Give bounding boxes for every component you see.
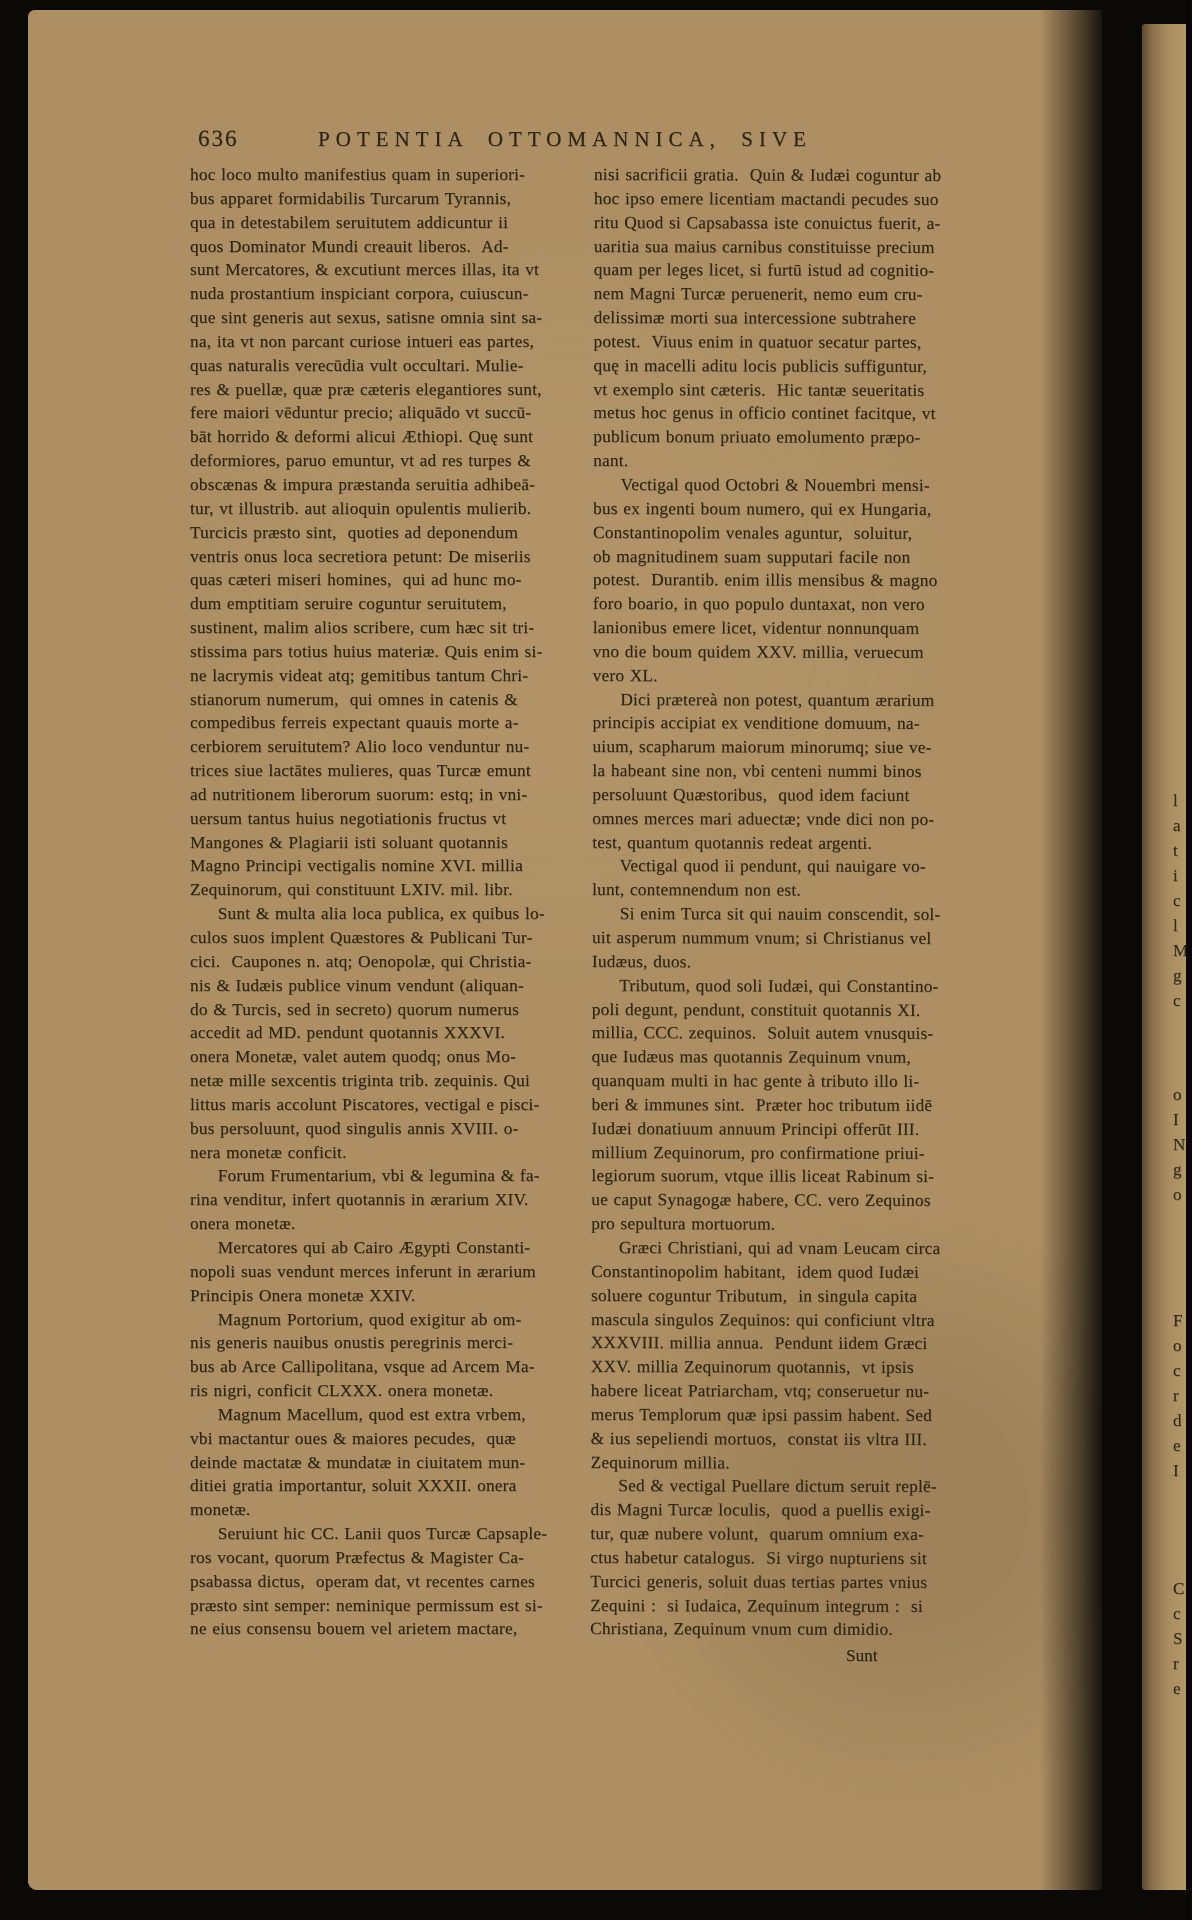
partial-letter: e	[1173, 1437, 1181, 1454]
text-line: uersum tantus huius negotiationis fructu…	[190, 807, 576, 831]
text-line: nopoli suas vendunt merces inferunt in æ…	[190, 1260, 576, 1284]
partial-letter: t	[1173, 842, 1178, 859]
partial-letter: c	[1173, 1605, 1181, 1622]
text-line: ris nigri, conficit CLXXX. onera monetæ.	[190, 1379, 576, 1403]
text-line: uium, scapharum maiorum minorumq; siue v…	[592, 735, 978, 760]
text-line: ad nutritionem liberorum suorum: estq; i…	[190, 783, 576, 807]
text-line: metus hoc genus in officio continet faci…	[593, 401, 979, 426]
text-line: omnes merces mari aduectæ; vnde dici non…	[592, 807, 978, 832]
text-line: ritu Quod si Capsabassa iste conuictus f…	[594, 211, 980, 236]
partial-letter: S	[1173, 1630, 1182, 1647]
text-line: monetæ.	[190, 1498, 576, 1522]
text-line: lunt, contemnendum non est.	[592, 878, 978, 903]
text-line: habere liceat Patriarcham, vtq; conserue…	[591, 1379, 977, 1404]
partial-letter: r	[1173, 1655, 1179, 1672]
text-line: ventris onus loca secretiora petunt: De …	[190, 545, 576, 569]
text-line: Seruiunt hic CC. Lanii quos Turcæ Capsap…	[190, 1522, 576, 1546]
partial-letter: r	[1173, 1387, 1179, 1404]
text-line: Zequini : si Iudaica, Zequinum integrum …	[590, 1594, 976, 1619]
text-line: Sed & vectigal Puellare dictum seruit re…	[591, 1474, 977, 1499]
text-line: bus ex ingenti boum numero, qui ex Hunga…	[593, 497, 979, 522]
text-line: Tributum, quod soli Iudæi, qui Constanti…	[592, 974, 978, 999]
text-line: Vectigal quod Octobri & Nouembri mensi-	[593, 473, 979, 498]
text-line: Constantinopolim venales aguntur, soluit…	[593, 521, 979, 546]
adjacent-page-sliver: laticlMgcoINgoFocrdeICcSre	[1142, 24, 1186, 1890]
text-line: Zequinorum, qui constituunt LXIV. mil. l…	[190, 878, 576, 902]
text-line: accedit ad MD. pendunt quotannis XXXVI.	[190, 1021, 576, 1045]
text-line: ditiei gratia importantur, soluit XXXII.…	[190, 1474, 576, 1498]
text-line: Græci Christiani, qui ad vnam Leucam cir…	[591, 1236, 977, 1261]
text-line: beri & immunes sint. Præter hoc tributum…	[592, 1093, 978, 1118]
text-line: nant.	[593, 449, 979, 474]
text-line: tur, quæ nubere volunt, quarum omnium ex…	[590, 1522, 976, 1547]
text-line: dum emptitiam seruire coguntur seruitute…	[190, 592, 576, 616]
partial-letter: o	[1173, 1186, 1182, 1203]
partial-letter: i	[1173, 867, 1178, 884]
page-number: 636	[198, 126, 239, 152]
text-line: soluere coguntur Tributum, in singula ca…	[591, 1284, 977, 1309]
text-line: Dici prætereà non potest, quantum ærariu…	[593, 688, 979, 713]
text-line: culos suos implent Quæstores & Publicani…	[190, 926, 576, 950]
text-line: deinde mactatæ & mundatæ in ciuitatem mu…	[190, 1451, 576, 1475]
text-line: dis Magni Turcæ loculis, quod a puellis …	[590, 1498, 976, 1523]
text-line: & ius sepeliendi mortuos, constat iis vl…	[591, 1427, 977, 1452]
text-line: nisi sacrificii gratia. Quin & Iudæi cog…	[594, 163, 980, 188]
text-line: Mangones & Plagiarii isti soluant quotan…	[190, 831, 576, 855]
text-line: res & puellæ, quæ præ cæteris elegantior…	[190, 378, 576, 402]
text-line: Turcicis præsto sint, quoties ad deponen…	[190, 521, 576, 545]
text-line: poli degunt, pendunt, constituit quotann…	[592, 998, 978, 1023]
text-line: test, quantum quotannis redeat argenti.	[592, 831, 978, 856]
text-line: Si enim Turca sit qui nauim conscendit, …	[592, 902, 978, 927]
partial-letter: g	[1173, 967, 1182, 984]
text-line: littus maris accolunt Piscatores, vectig…	[190, 1093, 576, 1117]
text-line: uaritia sua maius carnibus constituisse …	[594, 235, 980, 260]
text-line: nuda prostantium inspiciant corpora, cui…	[190, 282, 576, 306]
text-line: vero XL.	[593, 664, 979, 689]
text-line: persoluunt Quæstoribus, quod idem faciun…	[592, 783, 978, 808]
text-line: nera monetæ conficit.	[190, 1141, 576, 1165]
catchword: Sunt	[846, 1646, 878, 1666]
text-line: lanionibus emere licet, videntur nonnunq…	[593, 616, 979, 641]
text-line: Constantinopolim habitant, idem quod Iud…	[591, 1260, 977, 1285]
text-line: ctus habetur catalogus. Si virgo nupturi…	[590, 1546, 976, 1571]
text-line: merus Templorum quæ ipsi passim habent. …	[591, 1403, 977, 1428]
partial-letter: I	[1173, 1111, 1179, 1128]
partial-letter: a	[1173, 817, 1181, 834]
text-line: Christiana, Zequinum vnum cum dimidio.	[590, 1617, 976, 1642]
text-line: trices siue lactātes mulieres, quas Turc…	[190, 759, 576, 783]
scanned-book-page-viewer: { "page": { "number": "636", "running_he…	[0, 0, 1192, 1920]
text-line: deformiores, paruo emuntur, vt ad res tu…	[190, 449, 576, 473]
text-line: que Iudæus mas quotannis Zequinum vnum,	[592, 1045, 978, 1070]
text-line: Mercatores qui ab Cairo Ægypti Constanti…	[190, 1236, 576, 1260]
partial-letter: l	[1173, 792, 1178, 809]
text-line: mascula singulos Zequinos: qui conficiun…	[591, 1307, 977, 1332]
text-line: netæ mille sexcentis triginta trib. zequ…	[190, 1069, 576, 1093]
text-line: cerbiorem seruitutem? Alio loco venduntu…	[190, 735, 576, 759]
text-line: principis accipiat ex venditione domuum,…	[593, 711, 979, 736]
text-line: bāt horrido & deformi alicui Æthiopi. Qu…	[190, 425, 576, 449]
text-line: delissimæ morti sua intercessione subtra…	[594, 306, 980, 331]
adjacent-page-glyphs: laticlMgcoINgoFocrdeICcSre	[1142, 24, 1186, 1890]
text-line: ne eius consensu bouem vel arietem macta…	[190, 1617, 576, 1641]
text-line: nis generis nauibus onustis peregrinis m…	[190, 1331, 576, 1355]
text-line: obscænas & impura præstanda seruitia adh…	[190, 473, 576, 497]
partial-letter: C	[1173, 1580, 1184, 1597]
partial-letter: c	[1173, 992, 1181, 1009]
text-line: quas naturalis verecūdia vult occultari.…	[190, 354, 576, 378]
partial-letter: c	[1173, 1362, 1181, 1379]
text-line: na, ita vt non parcant curiose intueri e…	[190, 330, 576, 354]
text-line: bus persoluunt, quod singulis annis XVII…	[190, 1117, 576, 1141]
text-line: potest. Viuus enim in quatuor secatur pa…	[594, 330, 980, 355]
text-line: bus ab Arce Callipolitana, vsque ad Arce…	[190, 1355, 576, 1379]
text-line: fere maiori vēduntur precio; aliquādo vt…	[190, 401, 576, 425]
text-line: Iudæus, duos.	[592, 950, 978, 975]
text-line: Magnum Portorium, quod exigitur ab om-	[190, 1308, 576, 1332]
text-line: la habeant sine non, vbi centeni nummi b…	[592, 759, 978, 784]
text-line: potest. Durantib. enim illis mensibus & …	[593, 568, 979, 593]
text-line: Vectigal quod ii pendunt, qui nauigare v…	[592, 854, 978, 879]
partial-letter: N	[1173, 1136, 1185, 1153]
text-line: hoc ipso emere licentiam mactandi pecude…	[594, 187, 980, 212]
text-line: sustinent, malim alios scribere, cum hæc…	[190, 616, 576, 640]
partial-letter: o	[1173, 1337, 1182, 1354]
text-column-left: hoc loco multo manifestius quam in super…	[190, 163, 576, 1655]
text-line: uit asperum nummum vnum; si Christianus …	[592, 926, 978, 951]
text-line: nem Magni Turcæ peruenerit, nemo eum cru…	[594, 282, 980, 307]
text-line: quos Dominator Mundi creauit liberos. Ad…	[190, 235, 576, 259]
text-line: que sint generis aut sexus, satisne omni…	[190, 306, 576, 330]
text-line: nis & Iudæis publice vinum vendunt (aliq…	[190, 974, 576, 998]
text-line: stianorum numerum, qui omnes in catenis …	[190, 688, 576, 712]
text-line: Principis Onera monetæ XXIV.	[190, 1284, 576, 1308]
text-line: Magno Principi vectigalis nomine XVI. mi…	[190, 854, 576, 878]
text-line: XXV. millia Zequinorum quotannis, vt ips…	[591, 1355, 977, 1380]
text-line: foro boario, in quo populo duntaxat, non…	[593, 592, 979, 617]
text-line: onera monetæ.	[190, 1212, 576, 1236]
text-line: ros vocant, quorum Præfectus & Magister …	[190, 1546, 576, 1570]
text-line: quę in macelli aditu locis publicis suff…	[593, 354, 979, 379]
text-line: Sunt & multa alia loca publica, ex quibu…	[190, 902, 576, 926]
text-line: millium Zequinorum, pro confirmatione pr…	[591, 1141, 977, 1166]
partial-letter: F	[1173, 1312, 1182, 1329]
partial-letter: d	[1173, 1412, 1182, 1429]
partial-letter: I	[1173, 1462, 1179, 1479]
text-line: quanquam multi in hac gente à tributo il…	[592, 1069, 978, 1094]
text-line: onera Monetæ, valet autem quodq; onus Mo…	[190, 1045, 576, 1069]
text-line: vt exemplo sint cæteris. Hic tantæ seuer…	[593, 378, 979, 403]
text-line: sunt Mercatores, & excutiunt merces illa…	[190, 258, 576, 282]
text-line: millia, CCC. zequinos. Soluit autem vnus…	[592, 1021, 978, 1046]
text-line: psabassa dictus, operam dat, vt recentes…	[190, 1570, 576, 1594]
text-line: do & Turcis, sed in secreto) quorum nume…	[190, 998, 576, 1022]
text-line: Magnum Macellum, quod est extra vrbem,	[190, 1403, 576, 1427]
text-line: ne lacrymis videat atq; gemitibus tantum…	[190, 664, 576, 688]
text-line: XXXVIII. millia annua. Pendunt iidem Græ…	[591, 1331, 977, 1356]
text-line: pro sepultura mortuorum.	[591, 1212, 977, 1237]
text-line: quam per leges licet, si furtū istud ad …	[594, 258, 980, 283]
text-line: præsto sint semper: neminique permissum …	[190, 1594, 576, 1618]
partial-letter: g	[1173, 1161, 1182, 1178]
text-line: Iudæi donatiuum annuum Principi offerūt …	[591, 1117, 977, 1142]
partial-letter: c	[1173, 892, 1181, 909]
text-line: ob magnitudinem suam supputari facile no…	[593, 544, 979, 569]
partial-letter: o	[1173, 1086, 1182, 1103]
text-line: ue caput Synagogæ habere, CC. vero Zequi…	[591, 1188, 977, 1213]
text-line: Zequinorum millia.	[591, 1451, 977, 1476]
partial-letter: e	[1173, 1680, 1181, 1697]
text-line: vbi mactantur oues & maiores pecudes, qu…	[190, 1427, 576, 1451]
image-right-edge	[1186, 0, 1192, 1920]
text-line: vno die boum quidem XXV. millia, veruecu…	[593, 640, 979, 665]
text-line: Turcici generis, soluit duas tertias par…	[590, 1570, 976, 1595]
text-line: legiorum suorum, vtque illis liceat Rabi…	[591, 1164, 977, 1189]
text-line: Forum Frumentarium, vbi & legumina & fa-	[190, 1164, 576, 1188]
text-line: qua in detestabilem seruitutem addicuntu…	[190, 211, 576, 235]
text-column-right: nisi sacrificii gratia. Quin & Iudæi cog…	[590, 163, 980, 1656]
text-line: quas cæteri miseri homines, qui ad hunc …	[190, 568, 576, 592]
text-line: tur, vt illustrib. aut alioquin opulenti…	[190, 497, 576, 521]
running-head: POTENTIA OTTOMANNICA, SIVE	[318, 127, 812, 152]
partial-letter: l	[1173, 917, 1178, 934]
text-line: cici. Caupones n. atq; Oenopolæ, qui Chr…	[190, 950, 576, 974]
text-line: bus apparet formidabilis Turcarum Tyrann…	[190, 187, 576, 211]
text-line: stissima pars totius huius materiæ. Quis…	[190, 640, 576, 664]
text-line: publicum bonum priuato emolumento præpo-	[593, 425, 979, 450]
text-line: rina venditur, infert quotannis in ærari…	[190, 1188, 576, 1212]
text-line: compedibus ferreis expectant quauis mort…	[190, 711, 576, 735]
text-line: hoc loco multo manifestius quam in super…	[190, 163, 576, 187]
